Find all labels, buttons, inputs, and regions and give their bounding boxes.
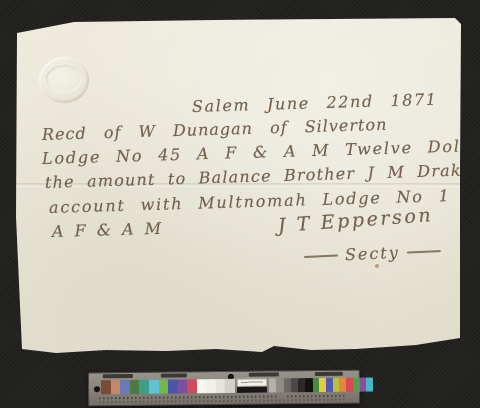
calibration-slot — [315, 372, 343, 376]
color-patch-group-left — [101, 379, 197, 394]
color-patch — [139, 380, 149, 394]
receipt-paper: Salem June 22nd 1871 Recd of W Dunagan o… — [16, 17, 463, 354]
color-patch — [366, 377, 373, 391]
color-patch — [178, 379, 188, 393]
calibration-slot — [103, 374, 133, 378]
color-patch — [276, 378, 283, 392]
color-patch — [101, 380, 111, 394]
color-patch — [283, 378, 290, 392]
calibration-label — [237, 379, 267, 393]
color-patch — [187, 379, 197, 393]
ruler-microtext — [287, 395, 347, 398]
color-patch — [269, 378, 276, 392]
signature-title: Secty — [345, 243, 401, 264]
flourish-dash — [304, 254, 338, 257]
color-patch — [168, 379, 178, 393]
color-patch — [291, 378, 298, 392]
color-patch — [216, 379, 226, 393]
color-patch — [197, 379, 207, 393]
ruler-microtext — [99, 399, 347, 404]
calibration-hole-left — [94, 386, 100, 392]
white-ramp-group — [197, 379, 235, 393]
color-patch — [158, 380, 168, 394]
color-patch — [305, 378, 312, 392]
color-patch — [111, 380, 121, 394]
color-patch — [298, 378, 305, 392]
handwriting-line: A F & A M — [52, 219, 165, 241]
patch-row — [101, 377, 373, 394]
color-calibration-bar — [88, 370, 360, 407]
calibration-slot — [249, 372, 279, 376]
photographed-document-scene: Salem June 22nd 1871 Recd of W Dunagan o… — [0, 0, 480, 408]
calibration-slot — [161, 373, 187, 377]
handwriting-dateline: Salem June 22nd 1871 — [192, 90, 438, 116]
flourish-dash — [407, 250, 441, 253]
color-patch-group-right — [313, 377, 373, 392]
color-patch — [225, 379, 235, 393]
color-patch — [130, 380, 140, 394]
ink-speck — [375, 264, 379, 268]
label-black-patch — [237, 387, 267, 393]
color-patch — [206, 379, 216, 393]
embossed-seal — [39, 57, 89, 103]
gray-ramp-group — [269, 378, 313, 392]
signature-title-row: Secty — [304, 241, 442, 266]
color-patch — [120, 380, 130, 394]
color-patch — [149, 380, 159, 394]
